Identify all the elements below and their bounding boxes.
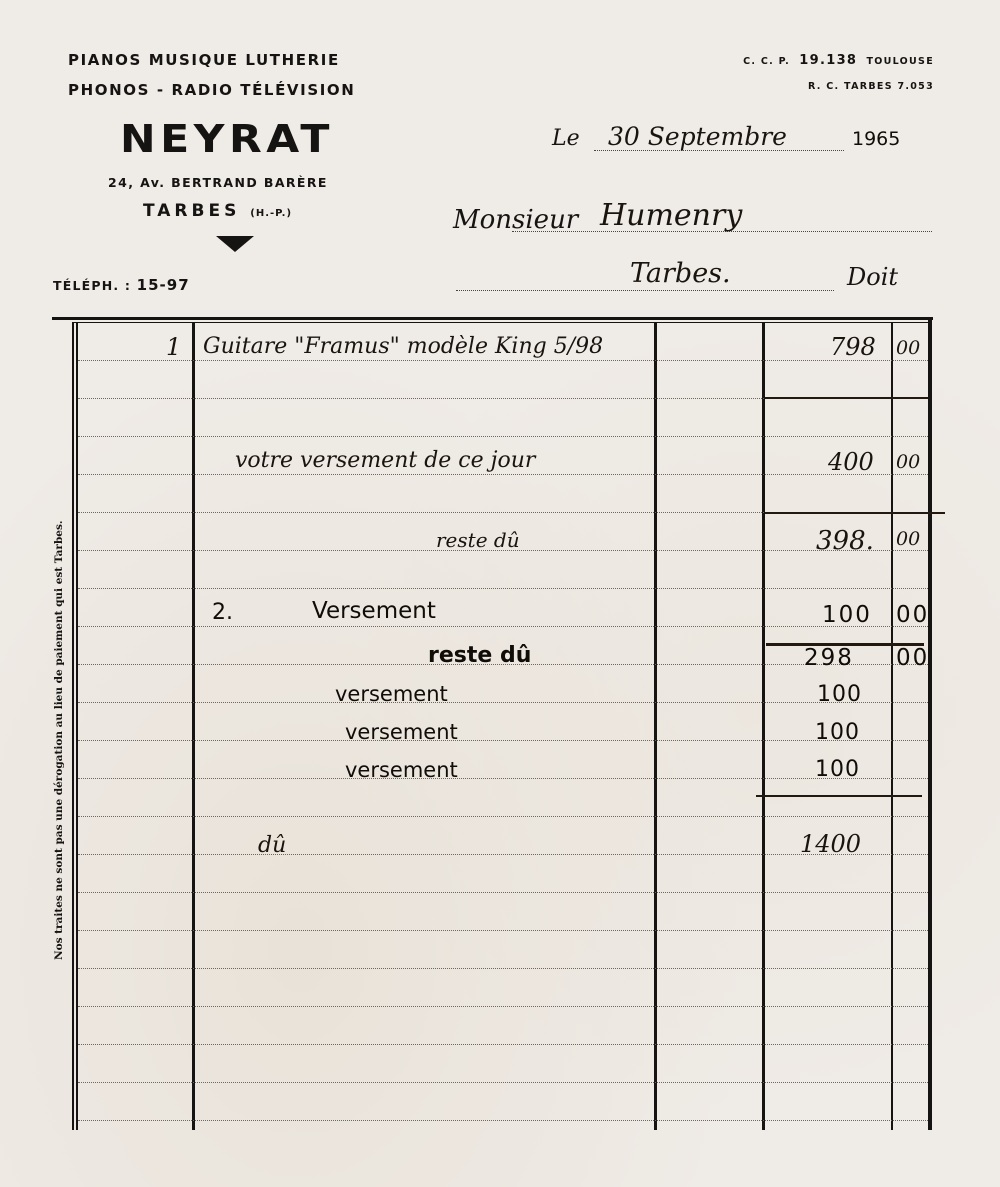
row-2-amount: 400 [828, 448, 874, 476]
column-divider-cents [891, 322, 893, 1130]
row-2-cents: 00 [896, 451, 920, 473]
phone-line: TÉLÉPH. : 15-97 [53, 276, 190, 294]
row-7-description: versement [345, 720, 458, 744]
row-9-description: dû [258, 833, 286, 858]
row-3-cents: 00 [896, 528, 920, 550]
row-4-cents: 00 [896, 602, 929, 628]
ruled-line [78, 740, 928, 741]
ruled-line [78, 968, 928, 969]
row-6-amount: 100 [817, 682, 862, 707]
ccp-line: C. C. P. 19.138 TOULOUSE [743, 53, 934, 68]
ccp-city: TOULOUSE [866, 56, 934, 67]
row-5-cents: 00 [896, 645, 929, 671]
column-divider-description [654, 322, 657, 1130]
table-left-rule-outer [72, 322, 74, 1130]
letterhead-line-1: PIANOS MUSIQUE LUTHERIE [68, 51, 340, 69]
row-5-description: reste dû [428, 643, 531, 668]
row-1-cents: 00 [896, 337, 920, 359]
date-value: 30 Septembre [608, 122, 787, 151]
row-1-qty: 1 [166, 333, 181, 361]
ruled-line [78, 1006, 928, 1007]
subtotal-rule-4 [756, 795, 922, 797]
city-dotted-line [456, 290, 834, 291]
letterhead-line-2: PHONOS - RADIO TÉLÉVISION [68, 81, 355, 99]
recipient-name: Humenry [600, 198, 742, 233]
row-4-amount: 100 [822, 602, 872, 628]
row-2-description: votre versement de ce jour [235, 448, 535, 473]
row-6-description: versement [335, 682, 448, 706]
row-5-amount: 298 [804, 645, 854, 671]
ruled-line [78, 1082, 928, 1083]
ruled-line [78, 474, 928, 475]
ruled-line [78, 892, 928, 893]
doit-label: Doit [847, 263, 898, 291]
column-divider-qty [192, 322, 195, 1130]
ruled-line [78, 360, 928, 361]
row-8-amount: 100 [815, 757, 860, 782]
table-top-rule [52, 317, 933, 320]
ruled-line [78, 1044, 928, 1045]
row-4-description: Versement [312, 598, 436, 624]
row-9-amount: 1400 [800, 830, 861, 858]
city-name: TARBES [143, 201, 240, 221]
row-1-description: Guitare "Framus" modèle King 5/98 [203, 334, 603, 359]
row-3-amount: 398. [816, 526, 874, 556]
ruled-line [78, 930, 928, 931]
region-code: (H.-P.) [250, 208, 292, 219]
ruled-line [78, 626, 928, 627]
rc-registration: R. C. TARBES 7.053 [808, 81, 934, 92]
ruled-line [78, 816, 928, 817]
street-address: 24, Av. BERTRAND BARÈRE [108, 175, 328, 190]
city-line: TARBES (H.-P.) [143, 201, 292, 221]
ccp-number: 19.138 [799, 53, 857, 68]
ruled-line [78, 588, 928, 589]
date-prefix: Le [552, 126, 580, 151]
row-7-amount: 100 [815, 720, 860, 745]
row-4-qty: 2. [212, 600, 233, 625]
payment-terms-note: Nos traites ne sont pas une dérogation a… [53, 520, 65, 960]
phone-number: 15-97 [137, 276, 190, 294]
phone-label: TÉLÉPH. : [53, 278, 131, 293]
ccp-label: C. C. P. [743, 56, 790, 67]
row-1-amount: 798 [830, 333, 876, 361]
ruled-line [78, 702, 928, 703]
table-right-rule [928, 317, 932, 1130]
column-divider-unit-price [762, 322, 765, 1130]
row-8-description: versement [345, 758, 458, 782]
row-3-description: reste dû [436, 528, 520, 552]
date-year: 1965 [852, 128, 900, 150]
brand-name: NEYRAT [120, 117, 334, 161]
ruled-line [78, 778, 928, 779]
down-triangle-icon [216, 236, 254, 252]
table-left-rule-inner [76, 322, 78, 1130]
subtotal-rule-1 [765, 397, 928, 399]
ruled-line [78, 1120, 928, 1121]
table-top-rule-inner [72, 322, 928, 323]
ruled-line [78, 436, 928, 437]
subtotal-rule-2 [765, 512, 945, 514]
recipient-city: Tarbes. [630, 258, 731, 289]
